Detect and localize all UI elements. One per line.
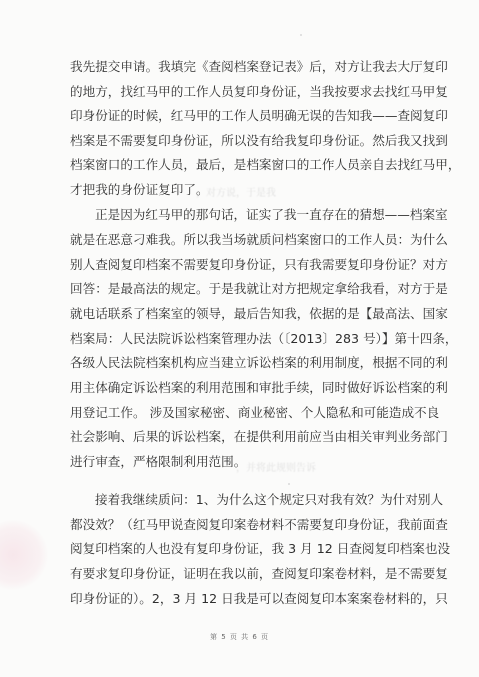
text-line: 才把我的身份证复印了。	[70, 180, 404, 200]
text-line: 档案窗口的工作人员，最后，是档案窗口的工作人员亲自去找红马甲，	[70, 155, 404, 175]
text-line: 正是因为红马甲的那句话，证实了我一直存在的猜想——档案室	[95, 205, 404, 225]
text-line: 档案是不需要复印身份证，所以没有给我复印身份证。然后我又找到	[70, 131, 404, 151]
text-line: 各级人民法院档案机构应当建立诉讼档案的利用制度，根据不同的利	[70, 353, 404, 373]
text-line: 回答：是最高法的规定。于是我就让对方把规定拿给我看，对方于是	[70, 279, 404, 299]
text-line: 社会影响、后果的诉讼档案，在提供利用前应当由相关审判业务部门	[70, 427, 404, 447]
text-line: 别人查阅复印档案不需要复印身份证，只有我需要复印身份证？对方	[70, 255, 404, 275]
text-line: 印身份证的）。2，3 月 12 日我是可以查阅复印本案案卷材料的，只	[70, 589, 404, 609]
text-line: 阅复印档案的人也没有复印身份证，我 3 月 12 日查阅复印档案也没	[70, 539, 404, 559]
red-seal-stamp	[0, 520, 48, 590]
text-line: 用主体确定诉讼档案的利用范围和审批手续，同时做好诉讼档案的利	[70, 378, 404, 398]
text-line: 印身份证的时候，红马甲的工作人员明确无误的告知我——查阅复印	[70, 106, 404, 126]
text-line: 档案局：人民法院诉讼档案管理办法（〔2013〕283 号）】第十四条，	[70, 329, 404, 349]
text-line: 就是在恶意刁难我。所以我当场就质问档案窗口的工作人员：为什么	[70, 230, 404, 250]
text-line: 用登记工作。 涉及国家秘密、商业秘密、个人隐私和可能造成不良	[70, 403, 404, 423]
text-line: 有要求复印身份证，证明在我以前，查阅复印案卷材料，是不需要复	[70, 564, 404, 584]
text-line: 进行审查，严格限制利用范围。	[70, 452, 404, 472]
text-line: 就电话联系了档案室的领导，最后告知我，依据的是【最高法、国家	[70, 304, 404, 324]
text-line: 我先提交申请。我填完《查阅档案登记表》后，对方让我去大厅复印	[70, 57, 404, 77]
page-number-footer: 第 5 页 共 6 页	[0, 632, 479, 642]
scan-speck	[300, 34, 302, 36]
text-line: 的地方，找红马甲的工作人员复印身份证，当我按要求去找红马甲复	[70, 82, 404, 102]
text-line: 接着我继续质问：1、为什么这个规定只对我有效？为什对别人	[95, 490, 404, 510]
scan-speck	[288, 483, 290, 485]
text-line: 都没效？（红马甲说查阅复印案卷材料不需要复印身份证，我前面查	[70, 515, 404, 535]
document-page: ，对方说，于是我 ，并将此规则告诉 我先提交申请。我填完《查阅档案登记表》后，对…	[0, 0, 479, 677]
